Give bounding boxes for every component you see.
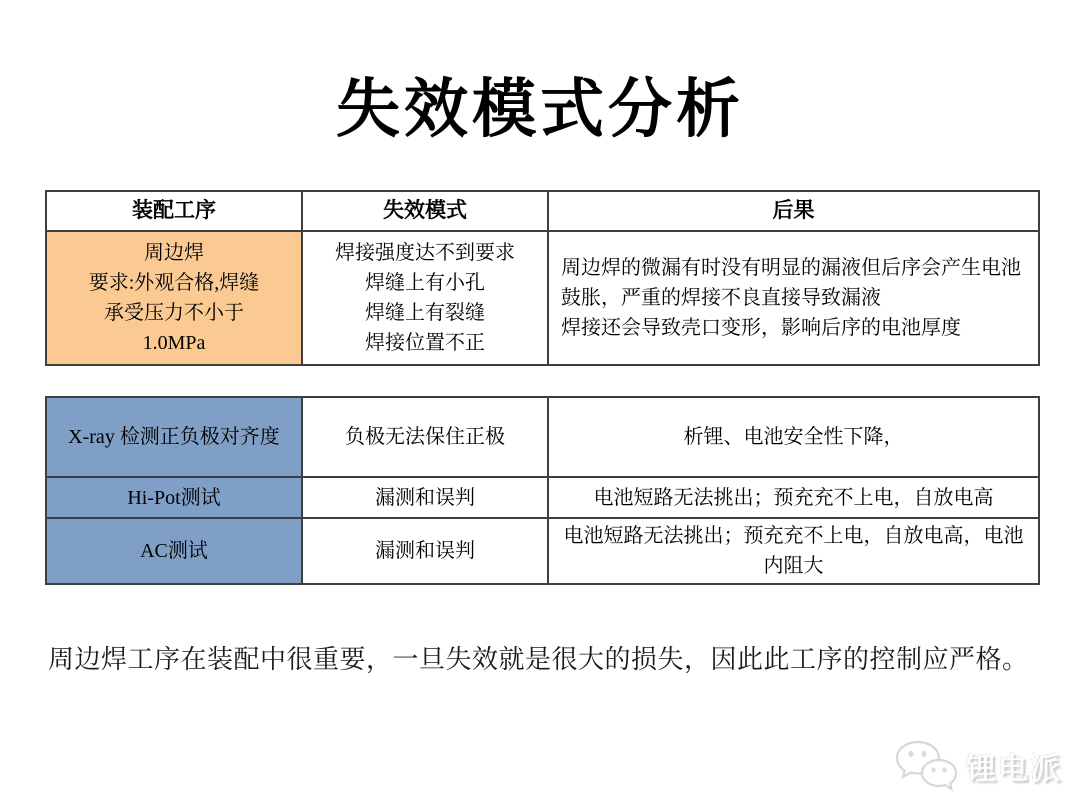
header-failure-mode: 失效模式 — [302, 191, 548, 231]
table-row: Hi-Pot测试 漏测和误判 电池短路无法挑出；预充充不上电，自放电高 — [46, 477, 1039, 518]
cell-failure-mode-xray: 负极无法保住正极 — [302, 397, 548, 477]
failure-mode-table: 装配工序 失效模式 后果 周边焊 要求:外观合格,焊缝 承受压力不小于 1.0M… — [45, 190, 1040, 366]
cell-failure-mode-weld: 焊接强度达不到要求 焊缝上有小孔 焊缝上有裂缝 焊接位置不正 — [302, 231, 548, 365]
cell-process-perimeter-weld: 周边焊 要求:外观合格,焊缝 承受压力不小于 1.0MPa — [46, 231, 302, 365]
slide: 失效模式分析 装配工序 失效模式 后果 周边焊 要求:外观合格,焊缝 承受压力不… — [0, 0, 1080, 810]
cell-consequence-xray: 析锂、电池安全性下降， — [548, 397, 1039, 477]
footer-note: 周边焊工序在装配中很重要，一旦失效就是很大的损失，因此此工序的控制应严格。 — [48, 642, 1048, 678]
table-header-row: 装配工序 失效模式 后果 — [46, 191, 1039, 231]
wechat-icon — [892, 738, 958, 794]
watermark: 锂电派 — [892, 738, 1062, 794]
cell-failure-mode-ac: 漏测和误判 — [302, 518, 548, 584]
cell-process-hipot: Hi-Pot测试 — [46, 477, 302, 518]
cell-consequence-hipot: 电池短路无法挑出；预充充不上电，自放电高 — [548, 477, 1039, 518]
page-title: 失效模式分析 — [0, 58, 1080, 150]
cell-process-ac: AC测试 — [46, 518, 302, 584]
table-row: 周边焊 要求:外观合格,焊缝 承受压力不小于 1.0MPa 焊接强度达不到要求 … — [46, 231, 1039, 365]
watermark-label: 锂电派 — [966, 744, 1062, 788]
test-process-table: X-ray 检测正负极对齐度 负极无法保住正极 析锂、电池安全性下降， Hi-P… — [45, 396, 1040, 585]
table-row: X-ray 检测正负极对齐度 负极无法保住正极 析锂、电池安全性下降， — [46, 397, 1039, 477]
cell-process-xray: X-ray 检测正负极对齐度 — [46, 397, 302, 477]
cell-consequence-ac: 电池短路无法挑出；预充充不上电，自放电高，电池内阻大 — [548, 518, 1039, 584]
header-consequence: 后果 — [548, 191, 1039, 231]
header-assembly-process: 装配工序 — [46, 191, 302, 231]
table-row: AC测试 漏测和误判 电池短路无法挑出；预充充不上电，自放电高，电池内阻大 — [46, 518, 1039, 584]
cell-consequence-weld: 周边焊的微漏有时没有明显的漏液但后序会产生电池鼓胀，严重的焊接不良直接导致漏液 … — [548, 231, 1039, 365]
cell-failure-mode-hipot: 漏测和误判 — [302, 477, 548, 518]
